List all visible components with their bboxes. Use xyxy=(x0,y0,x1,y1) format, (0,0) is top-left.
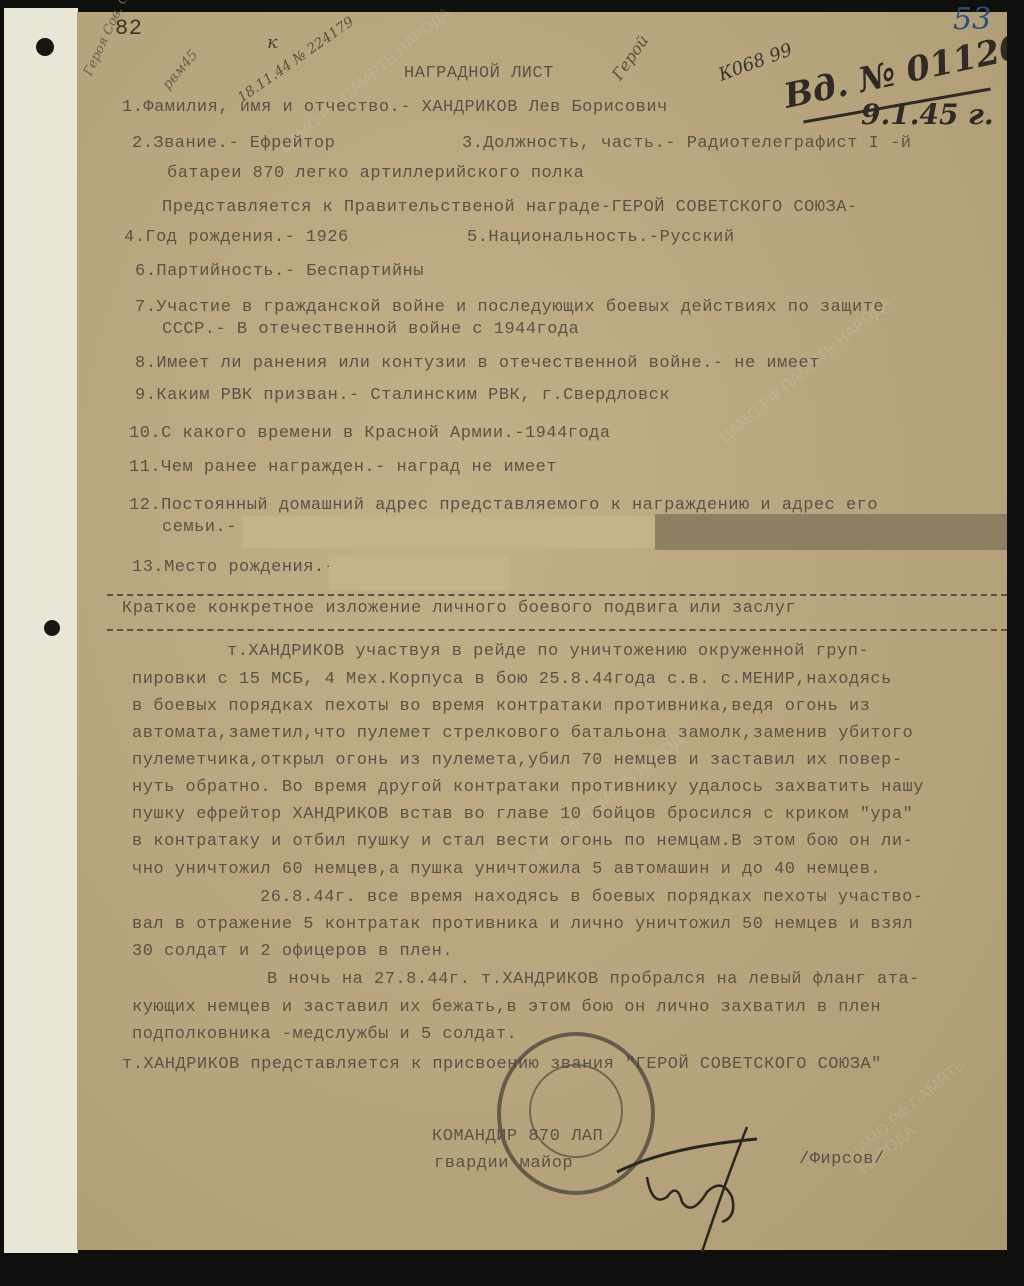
field-previous-awards: 11.Чем ранее награжден.- наград не имеет xyxy=(129,458,557,477)
field-rank: 2.Звание.- Ефрейтор xyxy=(132,134,335,153)
redacted-area xyxy=(655,514,1007,550)
handwritten-note: рвм45 xyxy=(159,47,201,93)
redacted-area xyxy=(242,516,657,548)
nomination-statement: т.ХАНДРИКОВ представляется к присвоению … xyxy=(122,1055,882,1074)
narrative-line: нуть обратно. Во время другой контратаки… xyxy=(132,778,924,797)
field-birthplace: 13.Место рождения.- xyxy=(132,558,335,577)
field-nationality: 5.Национальность.-Русский xyxy=(467,228,735,247)
binding-hole xyxy=(36,38,54,56)
field-service-start: 10.С какого времени в Красной Армии.-194… xyxy=(129,424,611,443)
field-draft-office: 9.Каким РВК призван.- Сталинским РВК, г.… xyxy=(135,386,670,405)
field-position: 3.Должность, часть.- Радиотелеграфист I … xyxy=(462,134,911,153)
signatory-title: КОМАНДИР 870 ЛАП xyxy=(432,1127,603,1146)
narrative-line: вал в отражение 5 контратак противника и… xyxy=(132,915,913,934)
narrative-line: в контратаку и отбил пушку и стал вести … xyxy=(132,832,913,851)
document-title: НАГРАДНОЙ ЛИСТ xyxy=(404,64,554,83)
narrative-line: чно уничтожил 60 немцев,а пушка уничтожи… xyxy=(132,860,881,879)
field-address: 12.Постоянный домашний адрес представляе… xyxy=(129,496,878,515)
narrative-line: 26.8.44г. все время находясь в боевых по… xyxy=(260,888,924,907)
scan-border xyxy=(1007,0,1024,1286)
watermark: ЦАМО.РФ ПАМЯТЬ НАРОДА xyxy=(517,724,695,878)
narrative-line: пировки с 15 МСБ, 4 Мех.Корпуса в бою 25… xyxy=(132,670,892,689)
field-name: 1.Фамилия, имя и отчество.- ХАНДРИКОВ Ле… xyxy=(122,98,668,117)
signature xyxy=(607,1077,807,1257)
field-wounds: 8.Имеет ли ранения или контузии в отечес… xyxy=(135,354,820,373)
signatory-rank: гвардии майор xyxy=(434,1154,573,1173)
field-participation-cont: СССР.- В отечественной войне с 1944года xyxy=(162,320,579,339)
field-position-cont: батареи 870 легко артиллерийского полка xyxy=(167,164,584,183)
redacted-area xyxy=(329,556,509,590)
archive-page-number: 53 xyxy=(953,2,991,37)
narrative-line: пулеметчика,открыл огонь из пулемета,уби… xyxy=(132,751,903,770)
registration-date: 9.1.45 г. xyxy=(861,98,994,131)
narrative-line: пушку ефрейтор ХАНДРИКОВ встав во главе … xyxy=(132,805,913,824)
narrative-line: в боевых порядках пехоты во время контра… xyxy=(132,697,870,716)
narrative-line: подполковника -медслужбы и 5 солдат. xyxy=(132,1025,517,1044)
field-family: семьи.- xyxy=(162,518,237,537)
narrative-line: 30 солдат и 2 офицеров в плен. xyxy=(132,942,453,961)
binding-strip xyxy=(4,8,78,1253)
narrative-line: кующих немцев и заставил их бежать,в это… xyxy=(132,998,881,1017)
narrative-line: В ночь на 27.8.44г. т.ХАНДРИКОВ пробралс… xyxy=(267,970,920,989)
field-birth-year: 4.Год рождения.- 1926 xyxy=(124,228,349,247)
document-page: ЦАМО.РФ ПАМЯТЬ НАРОДА ЦАМО.РФ ПАМЯТЬ НАР… xyxy=(77,12,1007,1250)
binding-hole xyxy=(44,620,60,636)
narrative-line: автомата,заметил,что пулемет стрелкового… xyxy=(132,724,913,743)
section-header: Краткое конкретное изложение личного бое… xyxy=(122,599,796,618)
handwritten-note: к xyxy=(267,32,278,53)
signatory-name: /Фирсов/ xyxy=(799,1150,885,1169)
divider xyxy=(107,594,1007,596)
field-party: 6.Партийность.- Беспартийны xyxy=(135,262,424,281)
handwritten-note: Герой xyxy=(608,31,652,83)
divider xyxy=(107,629,1007,631)
field-participation: 7.Участие в гражданской войне и последую… xyxy=(135,298,884,317)
award-nomination: Представляется к Правительственой наград… xyxy=(162,198,858,217)
narrative-line: т.ХАНДРИКОВ участвуя в рейде по уничтоже… xyxy=(227,642,869,661)
